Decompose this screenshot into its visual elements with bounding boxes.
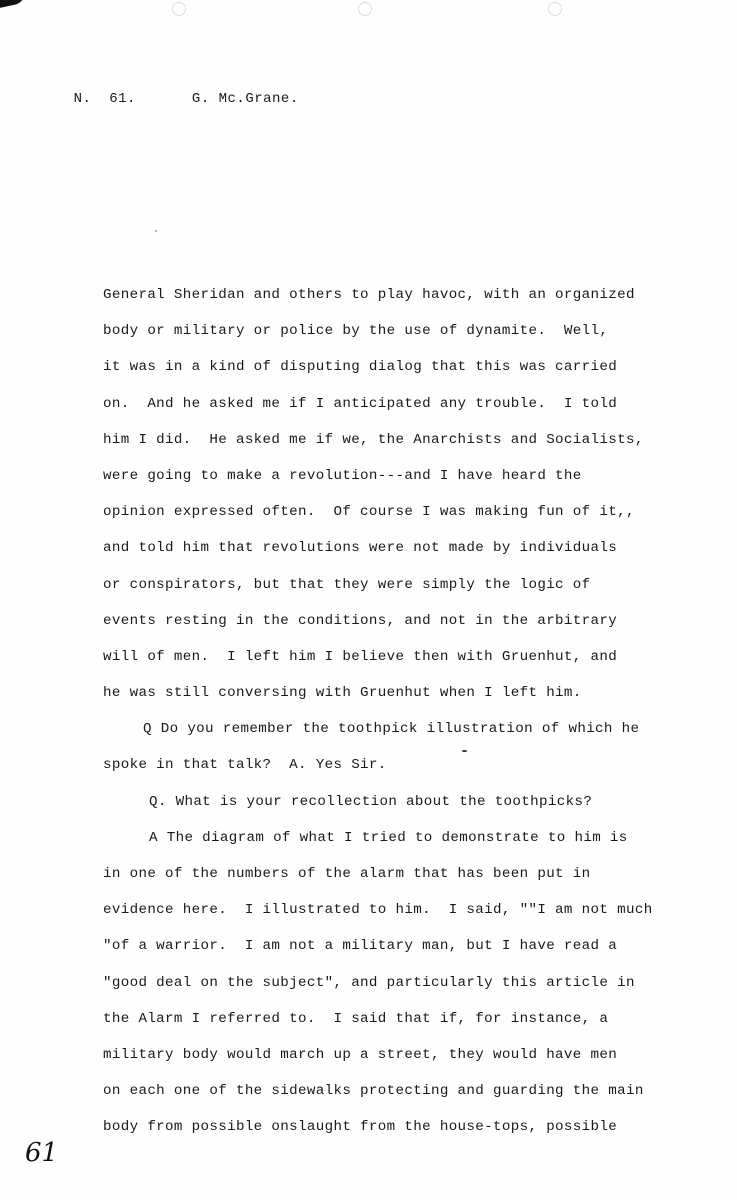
text-line: evidence here. I illustrated to him. I s… — [103, 899, 723, 935]
text-line: were going to make a revolution---and I … — [103, 465, 723, 501]
text-line: on each one of the sidewalks protecting … — [103, 1080, 723, 1116]
answer-line: spoke in that talk? A. Yes Sir. — [103, 754, 723, 790]
text-line: body from possible onslaught from the ho… — [103, 1116, 723, 1152]
text-line: "good deal on the subject", and particul… — [103, 972, 723, 1008]
question-line: Q Do you remember the toothpick illustra… — [103, 718, 723, 754]
punch-hole-mark — [172, 2, 186, 16]
text-line: will of men. I left him I believe then w… — [103, 646, 723, 682]
text-line: General Sheridan and others to play havo… — [103, 284, 723, 320]
punch-hole-mark — [358, 2, 372, 16]
testimony-body: General Sheridan and others to play havo… — [103, 284, 723, 1153]
answer-line: A The diagram of what I tried to demonst… — [103, 827, 723, 863]
text-line: him I did. He asked me if we, the Anarch… — [103, 429, 723, 465]
text-line: and told him that revolutions were not m… — [103, 537, 723, 573]
text-line: on. And he asked me if I anticipated any… — [103, 393, 723, 429]
scan-corner-mark — [0, 0, 27, 10]
text-line: the Alarm I referred to. I said that if,… — [103, 1008, 723, 1044]
text-line: he was still conversing with Gruenhut wh… — [103, 682, 723, 718]
question-line: Q. What is your recollection about the t… — [103, 791, 723, 827]
text-line: events resting in the conditions, and no… — [103, 610, 723, 646]
text-line: body or military or police by the use of… — [103, 320, 723, 356]
text-line: it was in a kind of disputing dialog tha… — [103, 356, 723, 392]
document-number: N. 61. — [74, 91, 136, 107]
document-page: N. 61.G. Mc.Grane. General Sheridan and … — [0, 0, 737, 1200]
text-line: "of a warrior. I am not a military man, … — [103, 935, 723, 971]
punch-hole-mark — [548, 2, 562, 16]
handwritten-page-number: 61 — [25, 1138, 58, 1168]
text-line: military body would march up a street, t… — [103, 1044, 723, 1080]
text-line: in one of the numbers of the alarm that … — [103, 863, 723, 899]
scan-speck — [155, 230, 157, 232]
page-header: N. 61.G. Mc.Grane. — [38, 75, 299, 123]
witness-name: G. Mc.Grane. — [192, 91, 299, 107]
text-line: opinion expressed often. Of course I was… — [103, 501, 723, 537]
text-line: or conspirators, but that they were simp… — [103, 574, 723, 610]
